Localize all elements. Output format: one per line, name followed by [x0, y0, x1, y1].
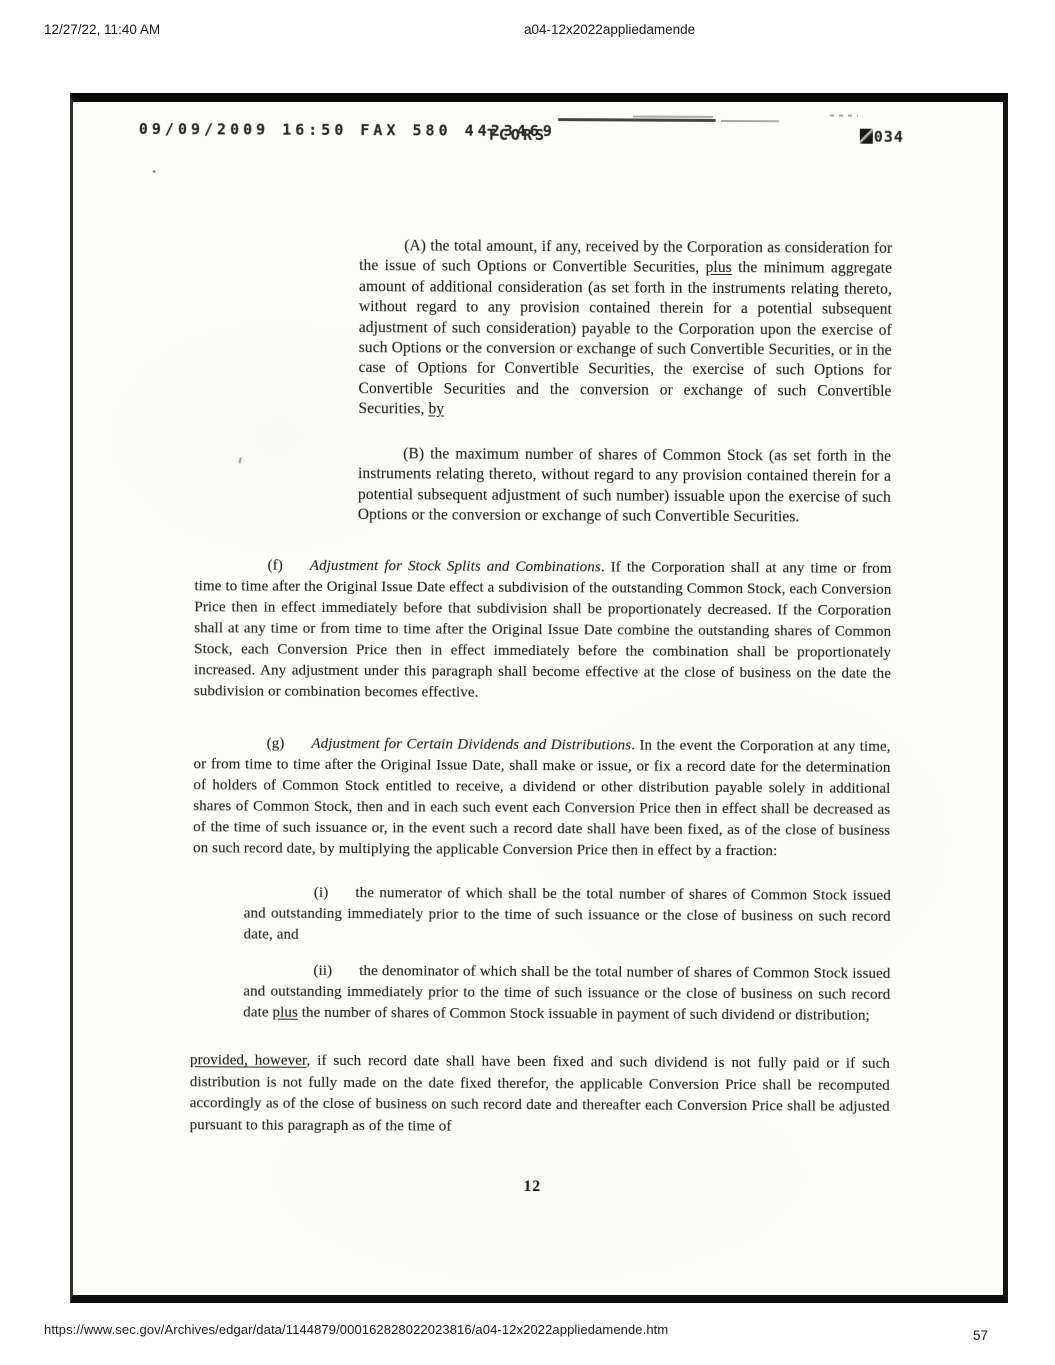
paragraph-b: (B) the maximum number of shares of Comm…: [358, 444, 891, 528]
scanned-fax-page: 09/09/2009 16:50 FAX 580 4423469 TCORS 0…: [70, 93, 1008, 1303]
scan-speck: [239, 457, 242, 463]
document-page-number: 12: [67, 1176, 997, 1199]
underlined-text: plus: [272, 1005, 297, 1021]
paragraph-label: (ii): [313, 963, 332, 979]
scan-smear: [558, 118, 716, 122]
scan-content: 09/09/2009 16:50 FAX 580 4423469 TCORS 0…: [67, 100, 1003, 1298]
underlined-text: provided, however: [190, 1052, 307, 1069]
paragraph-a: (A) the total amount, if any, received b…: [358, 236, 892, 422]
underlined-text: plus: [706, 259, 732, 276]
fax-station-id: TCORS: [487, 126, 547, 144]
paragraph-i: (i)the numerator of which shall be the t…: [244, 882, 891, 948]
footer-url: https://www.sec.gov/Archives/edgar/data/…: [44, 1322, 668, 1337]
print-header: 12/27/22, 11:40 AM a04-12x2022appliedame…: [0, 22, 1055, 42]
scan-speck: [153, 170, 156, 173]
paragraph-label: (f): [268, 558, 283, 574]
text-run: . If the Corporation shall at any time o…: [194, 559, 892, 700]
paragraph-ii: (ii)the denominator of which shall be th…: [243, 960, 890, 1026]
text-run: the minimum aggregate amount of addition…: [358, 259, 892, 417]
print-footer: https://www.sec.gov/Archives/edgar/data/…: [0, 1320, 1055, 1344]
text-run: the numerator of which shall be the tota…: [244, 885, 891, 943]
fax-page-number: 034: [874, 128, 904, 146]
fax-page-count: 034: [860, 128, 904, 146]
text-run: . In the event the Corporation at any ti…: [193, 737, 891, 859]
text-run: the number of shares of Common Stock iss…: [298, 1005, 870, 1024]
paragraph-f: (f)Adjustment for Stock Splits and Combi…: [194, 555, 892, 706]
paragraph-g: (g)Adjustment for Certain Dividends and …: [193, 733, 891, 863]
underlined-text: by: [428, 401, 444, 418]
print-datetime: 12/27/22, 11:40 AM: [44, 22, 160, 37]
paragraph-label: (i): [314, 885, 329, 901]
paragraph-title: Adjustment for Stock Splits and Combinat…: [310, 558, 601, 576]
footer-page-number: 57: [973, 1328, 988, 1343]
scan-smear: [633, 115, 713, 117]
paragraph-provided: provided, however, if such record date s…: [190, 1050, 890, 1140]
text-run: (B) the maximum number of shares of Comm…: [358, 445, 891, 525]
fax-page-icon: [860, 129, 873, 144]
paragraph-title: Adjustment for Certain Dividends and Dis…: [311, 736, 631, 754]
print-doc-title: a04-12x2022appliedamende: [524, 22, 695, 37]
scan-smear: [721, 120, 779, 122]
scan-smear: [830, 115, 858, 117]
paragraph-label: (g): [267, 736, 285, 752]
